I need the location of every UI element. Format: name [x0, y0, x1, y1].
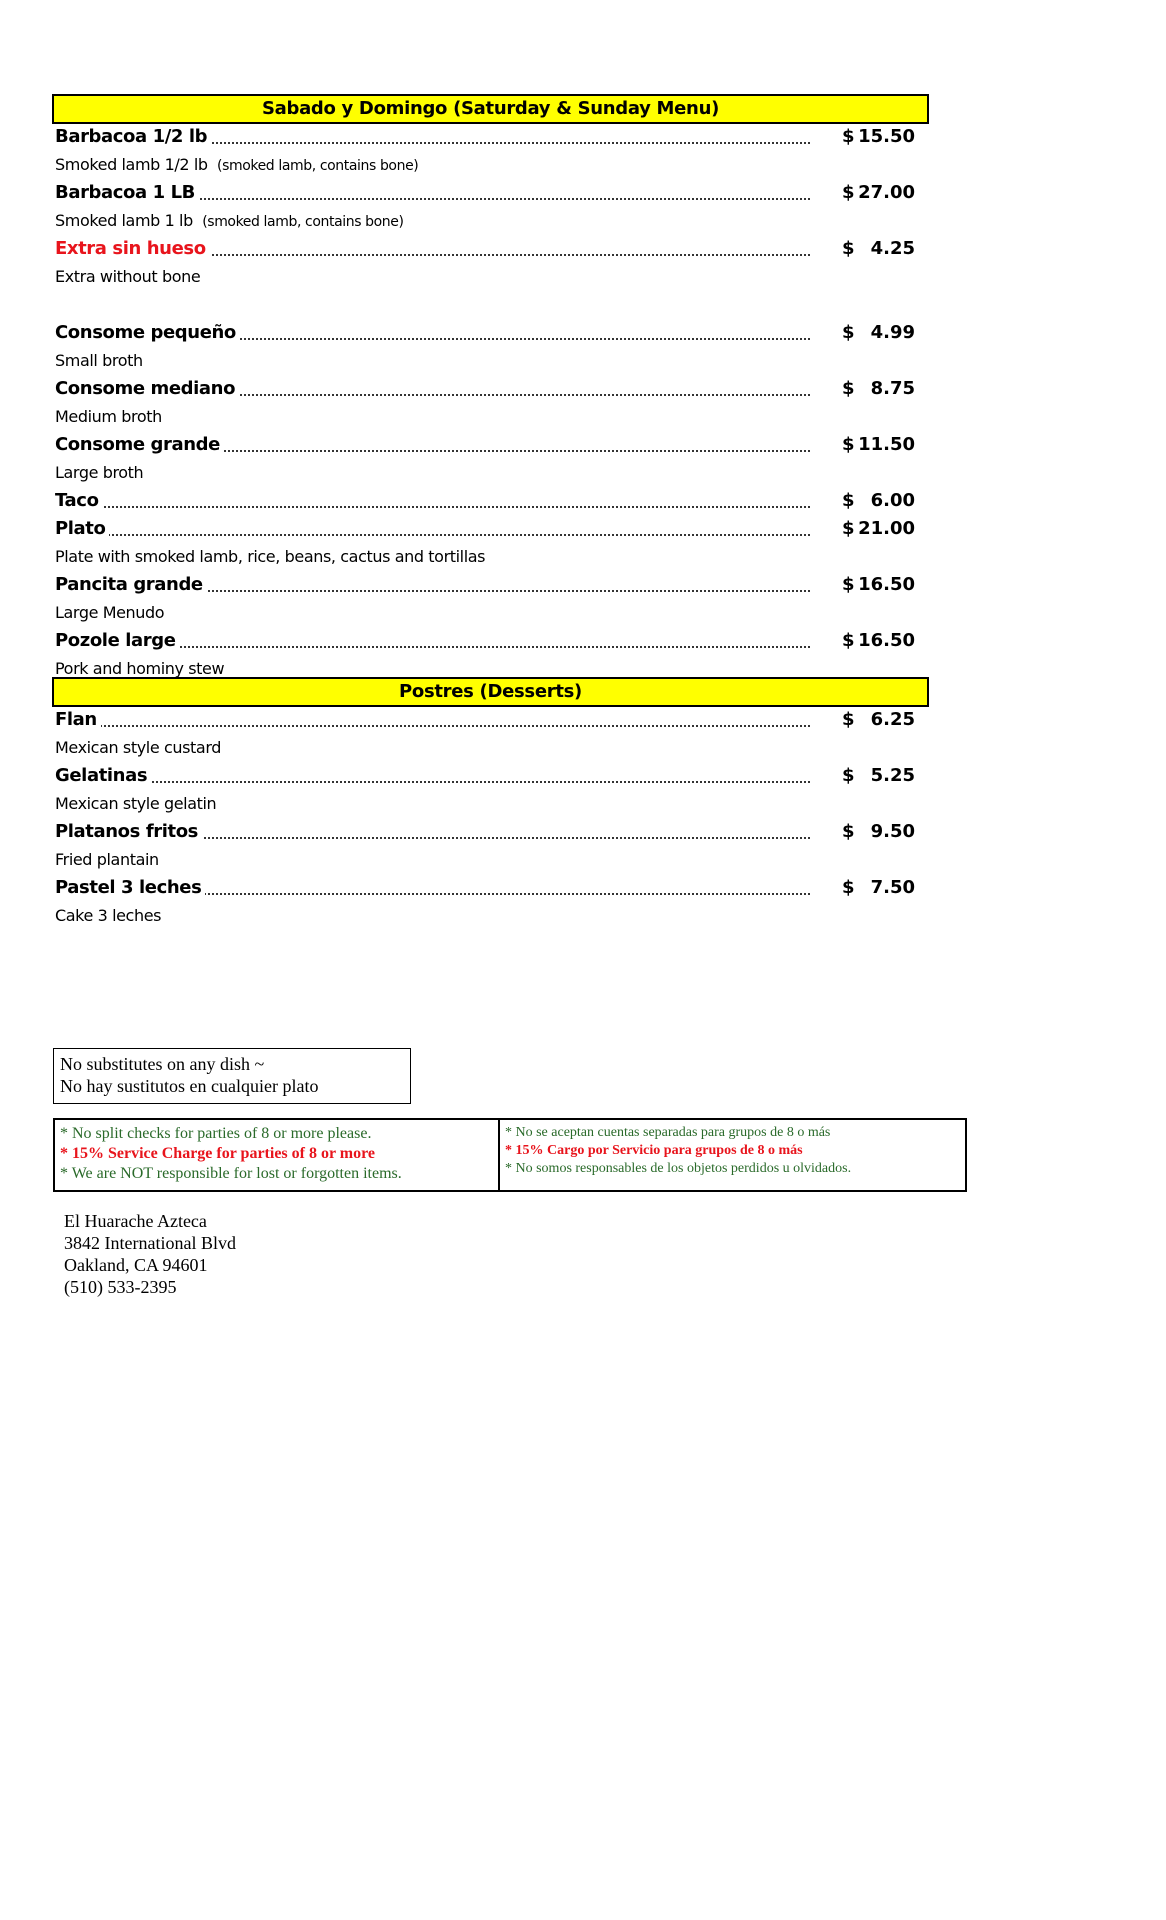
item-price: 7.50 — [845, 875, 915, 901]
leader-dots — [55, 781, 810, 783]
item-name: Gelatinas — [55, 763, 151, 789]
note-line-english: No substitutes on any dish ~ — [60, 1053, 404, 1075]
substitutes-note: No substitutes on any dish ~ No hay sust… — [53, 1048, 411, 1104]
desc-text: Fried plantain — [55, 850, 159, 869]
item-name: Consome mediano — [55, 376, 239, 402]
item-description: Medium broth — [55, 406, 162, 428]
item-price: 8.75 — [845, 376, 915, 402]
item-name: Barbacoa 1 LB — [55, 180, 199, 206]
menu-item: Consome grande$11.50 — [55, 432, 915, 458]
menu-item: Pastel 3 leches$7.50 — [55, 875, 915, 901]
item-description: Mexican style custard — [55, 737, 221, 759]
desc-text: Pork and hominy stew — [55, 659, 224, 678]
policy-line-service-charge: * 15% Cargo por Servicio para grupos de … — [505, 1142, 960, 1160]
item-description: Large Menudo — [55, 602, 164, 624]
item-description: Extra without bone — [55, 266, 200, 288]
menu-item: Barbacoa 1/2 lb$15.50 — [55, 124, 915, 150]
item-description: Small broth — [55, 350, 143, 372]
menu-item: Pozole large$16.50 — [55, 628, 915, 654]
item-name: Consome pequeño — [55, 320, 240, 346]
desc-note: (smoked lamb, contains bone) — [202, 214, 403, 230]
item-price: 11.50 — [845, 432, 915, 458]
phone: (510) 533-2395 — [64, 1276, 236, 1298]
item-description: Fried plantain — [55, 849, 159, 871]
item-name: Pastel 3 leches — [55, 875, 205, 901]
desc-text: Mexican style gelatin — [55, 794, 216, 813]
desc-text: Smoked lamb 1/2 lb — [55, 155, 208, 174]
item-price: 9.50 — [845, 819, 915, 845]
policy-line-service-charge: * 15% Service Charge for parties of 8 or… — [60, 1144, 493, 1164]
desc-text: Large broth — [55, 463, 143, 482]
item-price: 4.99 — [845, 320, 915, 346]
desc-text: Plate with smoked lamb, rice, beans, cac… — [55, 547, 485, 566]
leader-dots — [55, 534, 810, 536]
desc-text: Smoked lamb 1 lb — [55, 211, 193, 230]
menu-item: Barbacoa 1 LB$27.00 — [55, 180, 915, 206]
street: 3842 International Blvd — [64, 1232, 236, 1254]
item-price: 4.25 — [845, 236, 915, 262]
menu-item: Consome mediano$8.75 — [55, 376, 915, 402]
menu-item: Extra sin hueso$4.25 — [55, 236, 915, 262]
menu-item: Gelatinas$5.25 — [55, 763, 915, 789]
policy-spanish: * No se aceptan cuentas separadas para g… — [500, 1120, 965, 1190]
item-description: Smoked lamb 1 lb (smoked lamb, contains … — [55, 210, 404, 233]
item-name: Consome grande — [55, 432, 224, 458]
item-price: 16.50 — [845, 628, 915, 654]
desc-note: (smoked lamb, contains bone) — [217, 158, 418, 174]
item-price: 6.00 — [845, 488, 915, 514]
menu-item: Plato$21.00 — [55, 516, 915, 542]
item-price: 27.00 — [845, 180, 915, 206]
city: Oakland, CA 94601 — [64, 1254, 236, 1276]
restaurant-name: El Huarache Azteca — [64, 1210, 236, 1232]
item-price: 15.50 — [845, 124, 915, 150]
section-header: Postres (Desserts) — [52, 677, 929, 707]
policy-table: * No split checks for parties of 8 or mo… — [53, 1118, 967, 1192]
item-name: Platanos fritos — [55, 819, 202, 845]
item-price: 16.50 — [845, 572, 915, 598]
note-line-spanish: No hay sustitutos en cualquier plato — [60, 1075, 404, 1097]
menu-item: Pancita grande$16.50 — [55, 572, 915, 598]
menu-item: Taco$6.00 — [55, 488, 915, 514]
desc-text: Small broth — [55, 351, 143, 370]
item-name: Extra sin hueso — [55, 236, 210, 262]
policy-line: * No split checks for parties of 8 or mo… — [60, 1124, 493, 1144]
item-name: Pozole large — [55, 628, 180, 654]
item-price: 5.25 — [845, 763, 915, 789]
desc-text: Medium broth — [55, 407, 162, 426]
item-name: Plato — [55, 516, 109, 542]
item-name: Pancita grande — [55, 572, 207, 598]
restaurant-address: El Huarache Azteca 3842 International Bl… — [64, 1210, 236, 1298]
item-name: Taco — [55, 488, 103, 514]
item-description: Plate with smoked lamb, rice, beans, cac… — [55, 546, 485, 568]
policy-line: * We are NOT responsible for lost or for… — [60, 1164, 493, 1184]
item-description: Smoked lamb 1/2 lb (smoked lamb, contain… — [55, 154, 418, 177]
item-name: Flan — [55, 707, 101, 733]
menu-item: Flan$6.25 — [55, 707, 915, 733]
policy-line: * No se aceptan cuentas separadas para g… — [505, 1124, 960, 1142]
item-description: Cake 3 leches — [55, 905, 161, 927]
item-price: 6.25 — [845, 707, 915, 733]
menu-item: Consome pequeño$4.99 — [55, 320, 915, 346]
policy-english: * No split checks for parties of 8 or mo… — [55, 1120, 500, 1190]
desc-text: Mexican style custard — [55, 738, 221, 757]
menu-item: Platanos fritos$9.50 — [55, 819, 915, 845]
policy-line: * No somos responsables de los objetos p… — [505, 1160, 960, 1178]
leader-dots — [55, 506, 810, 508]
desc-text: Cake 3 leches — [55, 906, 161, 925]
desc-text: Large Menudo — [55, 603, 164, 622]
item-description: Large broth — [55, 462, 143, 484]
item-name: Barbacoa 1/2 lb — [55, 124, 211, 150]
section-header: Sabado y Domingo (Saturday & Sunday Menu… — [52, 94, 929, 124]
item-description: Mexican style gelatin — [55, 793, 216, 815]
leader-dots — [55, 725, 810, 727]
desc-text: Extra without bone — [55, 267, 200, 286]
item-price: 21.00 — [845, 516, 915, 542]
